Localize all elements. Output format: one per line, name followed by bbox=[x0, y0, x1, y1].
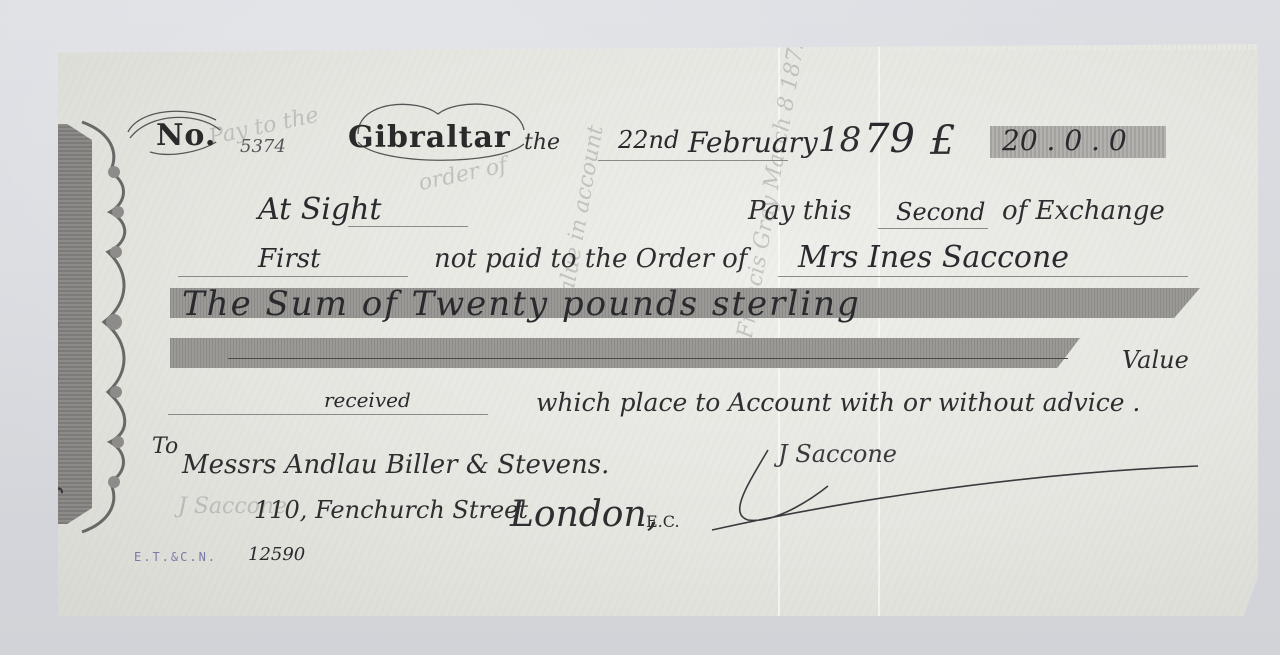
payee-rule bbox=[778, 276, 1188, 277]
sum-in-words: The Sum of Twenty pounds sterling bbox=[182, 284, 861, 324]
currency-symbol: £ bbox=[930, 118, 955, 164]
acanthus-ornament-icon bbox=[80, 112, 132, 542]
amount-figures: 20 . 0 . 0 bbox=[1002, 124, 1127, 157]
date-year-printed: 18 bbox=[818, 120, 861, 160]
the-label: the bbox=[524, 130, 560, 155]
date-rule bbox=[598, 160, 788, 161]
not-paid-label: not paid to the Order of bbox=[434, 244, 747, 274]
bill-number: 5374 bbox=[240, 136, 286, 157]
value-rule bbox=[168, 414, 488, 415]
sum-strike-line bbox=[228, 358, 1068, 359]
drawee-name: Messrs Andlau Biller & Stevens. bbox=[182, 450, 609, 480]
exchange-copy: Second bbox=[896, 198, 985, 226]
value-label: Value bbox=[1122, 346, 1189, 374]
place-name: Gibraltar bbox=[348, 120, 511, 155]
ink-stamp: E.T.&C.N. bbox=[134, 550, 217, 564]
bill-of-exchange: Pay to the order of Value in account Fra… bbox=[58, 44, 1258, 616]
drawee-postal: E.C. bbox=[646, 512, 680, 531]
number-label: No. bbox=[156, 118, 216, 153]
tenor: At Sight bbox=[258, 192, 381, 227]
stamp-number: 12590 bbox=[248, 544, 305, 565]
value-received: received bbox=[324, 388, 411, 412]
date-month: February bbox=[688, 126, 818, 159]
first-copy: First bbox=[258, 244, 321, 274]
to-label: To bbox=[152, 434, 178, 459]
payee-name: Mrs Ines Saccone bbox=[798, 240, 1069, 275]
account-clause: which place to Account with or without a… bbox=[536, 388, 1140, 417]
ghost-endorsement-line: Value in account bbox=[552, 123, 609, 309]
date-year-written: 79 bbox=[864, 116, 915, 162]
of-exchange-label: of Exchange bbox=[1002, 196, 1165, 226]
sum-band-2 bbox=[170, 338, 1080, 368]
copy-rule bbox=[878, 228, 988, 229]
pay-this-label: Pay this bbox=[748, 196, 852, 226]
signature-flourish-icon bbox=[708, 444, 1208, 534]
first-copy-rule bbox=[178, 276, 408, 277]
drawee-city: London, bbox=[510, 494, 658, 535]
date-day: 22nd bbox=[618, 126, 679, 154]
tenor-rule bbox=[348, 226, 468, 227]
drawee-street: 110, Fenchurch Street bbox=[254, 496, 528, 524]
